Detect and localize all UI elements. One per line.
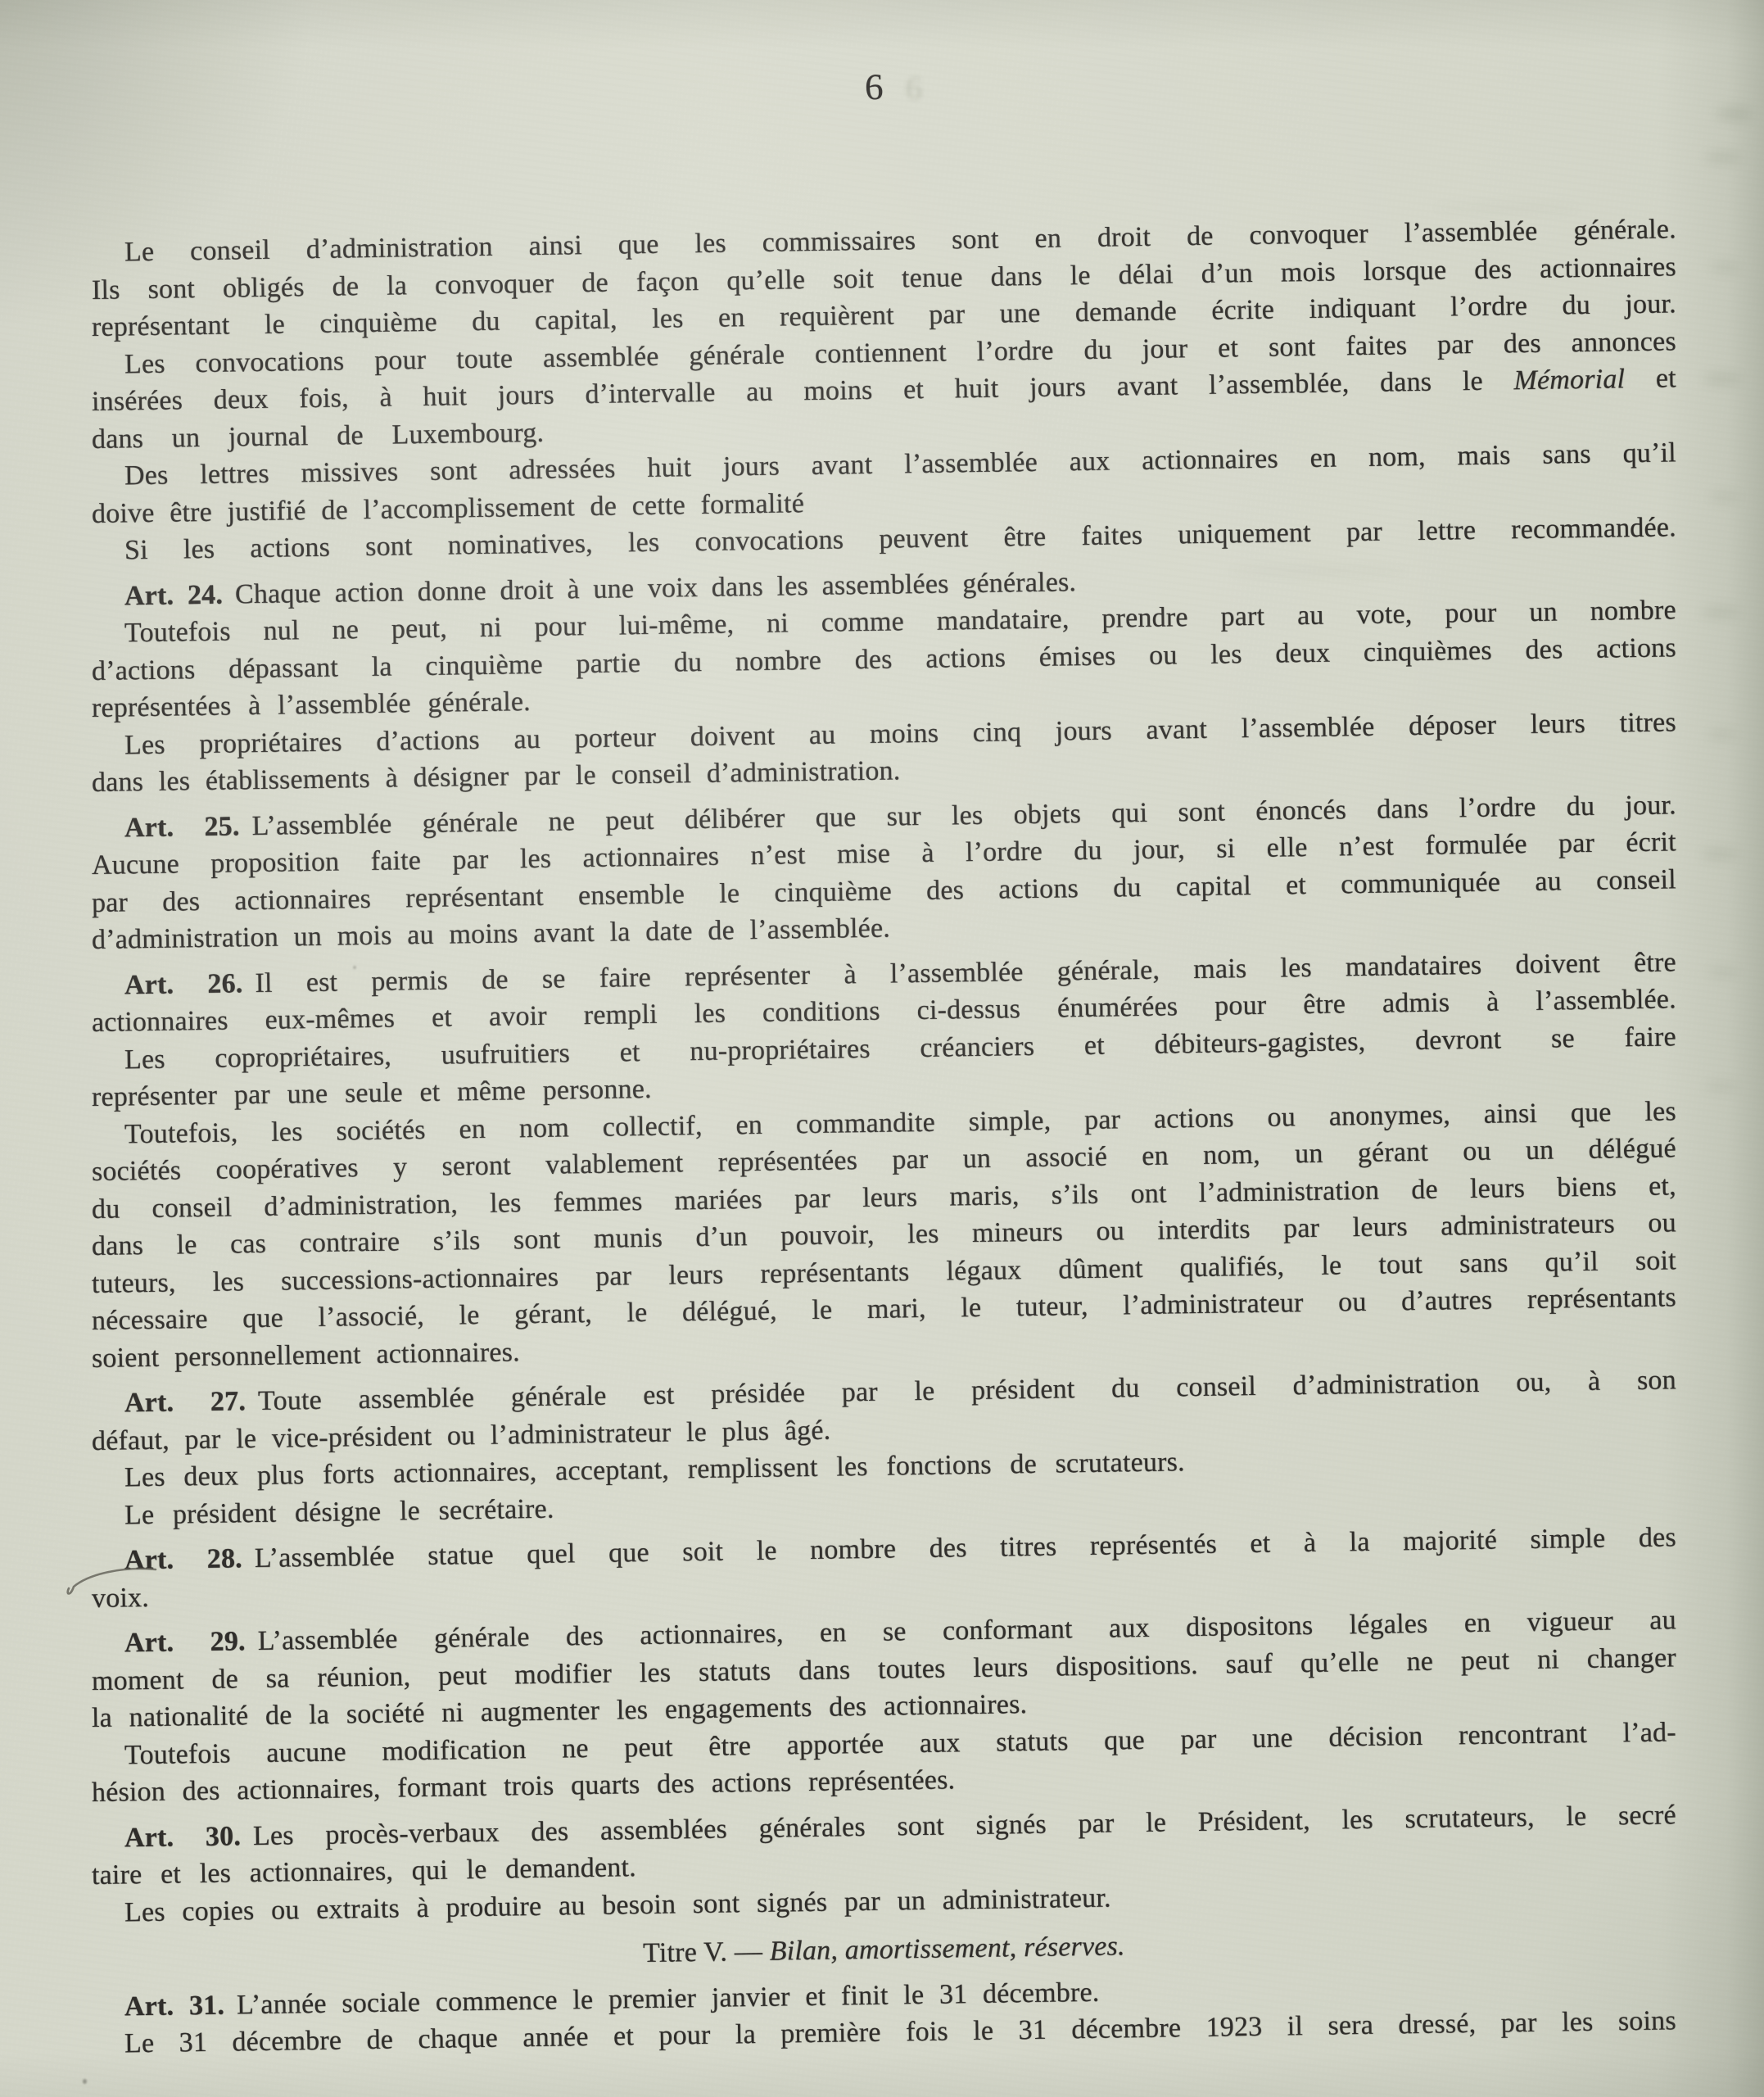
paragraph: Le 31 décembre de chaque année et pour l… bbox=[92, 2026, 1676, 2063]
line-text: et bbox=[1625, 363, 1676, 394]
line-text: doive être justifié de l’accomplissement… bbox=[92, 488, 805, 529]
line-text: d’administration un mois au moins avant … bbox=[92, 913, 890, 955]
bleed-through-smudge bbox=[1702, 606, 1739, 618]
paragraph: Toutefois, les sociétés en nom collectif… bbox=[92, 1116, 1676, 1378]
paragraph: Art. 25.L’assemblée générale ne peut dél… bbox=[92, 810, 1676, 959]
article-number: Art. 27. bbox=[124, 1386, 259, 1418]
scanned-document-page: 6 6 Le conseil d’administration ainsi qu… bbox=[0, 0, 1764, 2097]
line-text: taire et les actionnaires, qui le demand… bbox=[92, 1852, 636, 1891]
heading-roman: Titre V. — bbox=[643, 1936, 770, 1968]
bleed-through-smudge bbox=[1708, 967, 1738, 977]
page-number-ghost: 6 bbox=[906, 72, 922, 105]
bleed-through-smudge bbox=[1712, 262, 1739, 273]
line-text: dans un journal de Luxembourg. bbox=[92, 417, 545, 454]
article-number: Art. 26. bbox=[124, 968, 256, 1000]
article-number: Art. 30. bbox=[124, 1821, 254, 1853]
pen-mark bbox=[62, 1558, 162, 1599]
bleed-through-smudge bbox=[1703, 373, 1741, 385]
bleed-through-smudge bbox=[1717, 106, 1753, 121]
article-number: Art. 31. bbox=[124, 1990, 237, 2022]
ink-speck bbox=[83, 2079, 87, 2084]
line-text: représentées à l’assemblée générale. bbox=[92, 686, 531, 723]
article-number: Art. 29. bbox=[124, 1626, 258, 1658]
article-number: Art. 24. bbox=[124, 579, 236, 611]
article-number: Art. 25. bbox=[124, 811, 252, 843]
bleed-through-smudge bbox=[1705, 152, 1741, 164]
bleed-through-smudge bbox=[1705, 1081, 1738, 1092]
bleed-through-smudge bbox=[1710, 491, 1739, 502]
line-text: dans les établissements à désigner par l… bbox=[92, 755, 901, 798]
line-text: soient personnellement actionnaires. bbox=[92, 1337, 520, 1374]
text-block: Le conseil d’administration ainsi que le… bbox=[92, 234, 1676, 2063]
bleed-through-smudge bbox=[1433, 203, 1581, 213]
line-text: Le président désigne le secrétaire. bbox=[124, 1493, 554, 1530]
line-text: représenter par une seule et même person… bbox=[92, 1074, 652, 1112]
bleed-through-smudge bbox=[1702, 848, 1738, 860]
italic-word: Mémorial bbox=[1513, 364, 1625, 396]
heading-italic: Bilan, amortissement, réserves. bbox=[769, 1931, 1124, 1966]
page-number: 6 bbox=[865, 69, 884, 106]
bleed-through-smudge bbox=[1708, 729, 1736, 740]
